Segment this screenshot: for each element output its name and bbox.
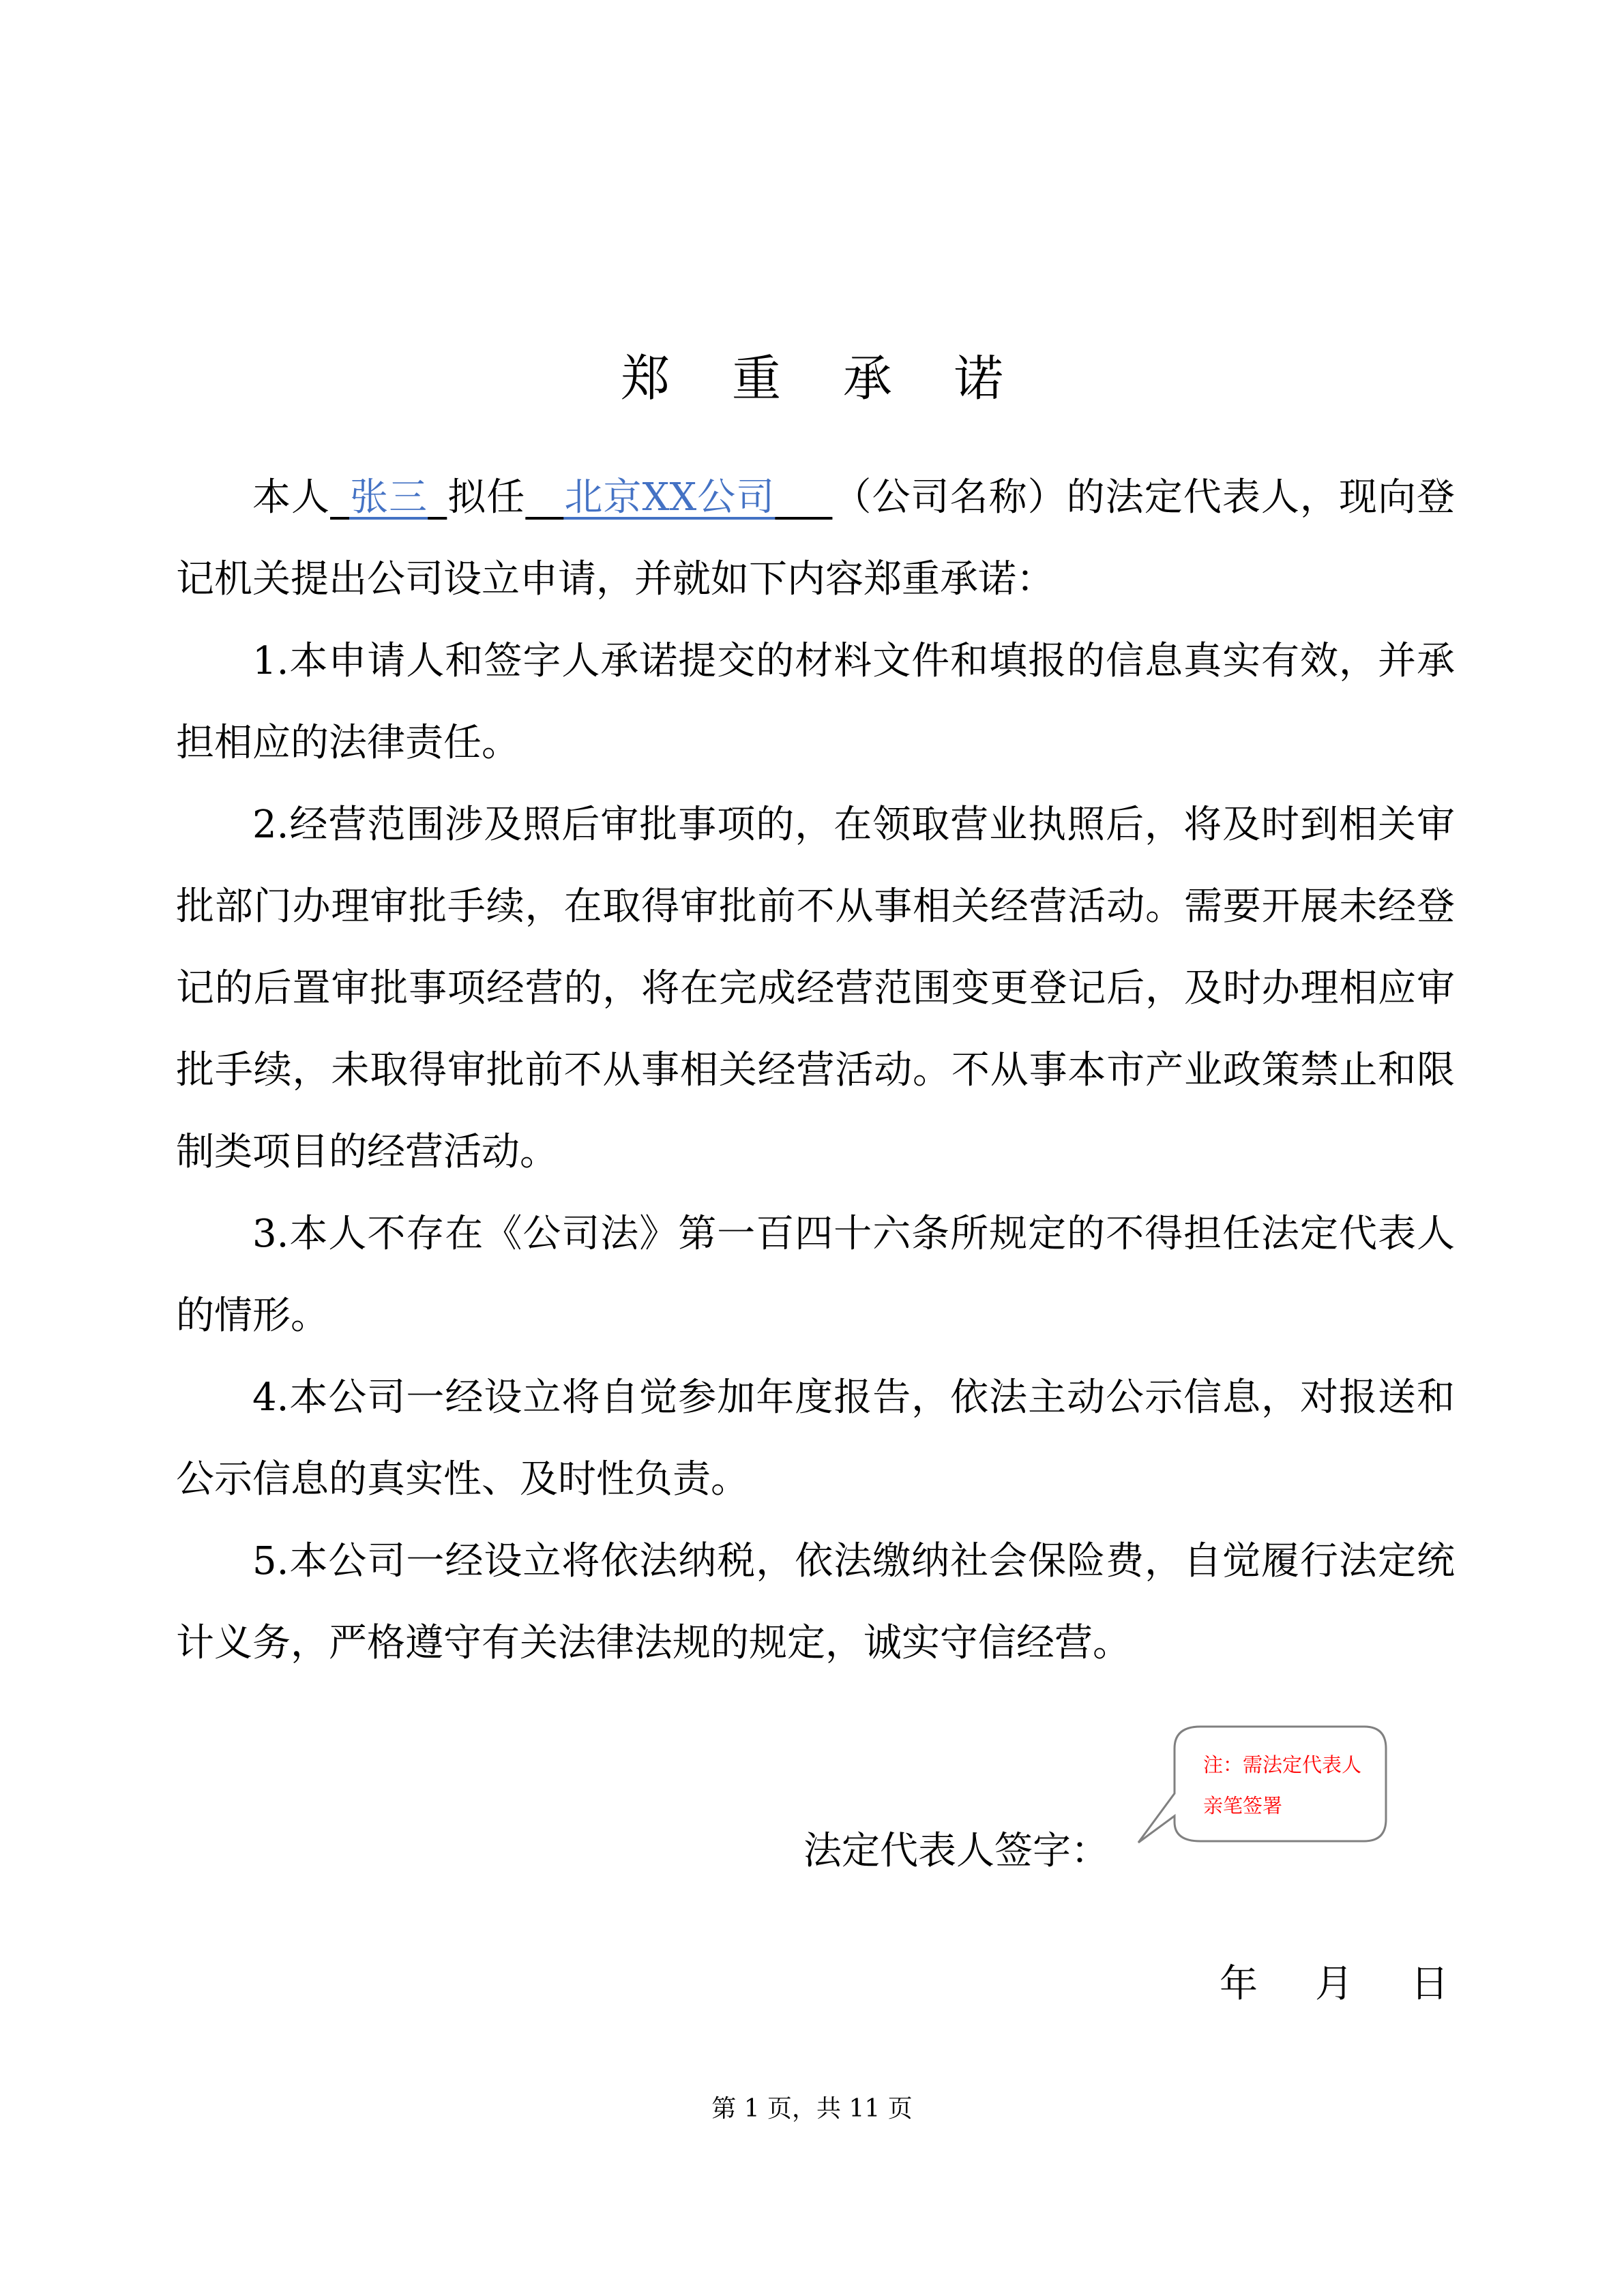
date-day-label: 日: [1411, 1957, 1449, 2012]
document-page: 郑 重 承 诺 本人_张三_拟任__北京XX公司___（公司名称）的法定代表人，…: [0, 0, 1624, 2296]
date-year-label: 年: [1220, 1957, 1315, 2012]
company-fill-pad-right: ___: [775, 475, 832, 520]
commitment-item-5: 5.本公司一经设立将依法纳税，依法缴纳社会保险费，自觉履行法定统计义务，严格遵守…: [176, 1521, 1455, 1684]
signature-note-callout: 注：需法定代表人 亲笔签署: [1132, 1722, 1398, 1851]
signature-label: 法定代表人签字：: [803, 1824, 1109, 1879]
intro-prefix: 本人: [252, 475, 330, 520]
commitment-item-3: 3.本人不存在《公司法》第一百四十六条所规定的不得担任法定代表人的情形。: [176, 1193, 1455, 1357]
date-month-label: 月: [1315, 1957, 1411, 2012]
signature-date: 年月日: [1220, 1957, 1449, 2012]
company-fill-pad-left: __: [525, 475, 563, 520]
callout-text: 注：需法定代表人 亲笔签署: [1203, 1744, 1374, 1826]
document-body: 本人_张三_拟任__北京XX公司___（公司名称）的法定代表人，现向登记机关提出…: [176, 457, 1455, 1684]
company-name-field[interactable]: 北京XX公司: [563, 475, 775, 520]
commitment-item-4: 4.本公司一经设立将自觉参加年度报告，依法主动公示信息，对报送和公示信息的真实性…: [176, 1357, 1455, 1521]
commitment-item-2: 2.经营范围涉及照后审批事项的，在领取营业执照后，将及时到相关审批部门办理审批手…: [176, 784, 1455, 1193]
name-fill-pad-right: _: [428, 475, 447, 520]
page-title: 郑 重 承 诺: [0, 348, 1624, 409]
intro-middle: 拟任: [447, 475, 525, 520]
page-number-footer: 第 1 页，共 11 页: [0, 2092, 1624, 2126]
commitment-item-1: 1.本申请人和签字人承诺提交的材料文件和填报的信息真实有效，并承担相应的法律责任…: [176, 621, 1455, 784]
callout-line-2: 亲笔签署: [1203, 1785, 1374, 1826]
legal-rep-name-field[interactable]: 张三: [349, 475, 428, 520]
intro-paragraph: 本人_张三_拟任__北京XX公司___（公司名称）的法定代表人，现向登记机关提出…: [176, 457, 1455, 621]
callout-line-1: 注：需法定代表人: [1203, 1744, 1374, 1785]
name-fill-pad-left: _: [330, 475, 349, 520]
